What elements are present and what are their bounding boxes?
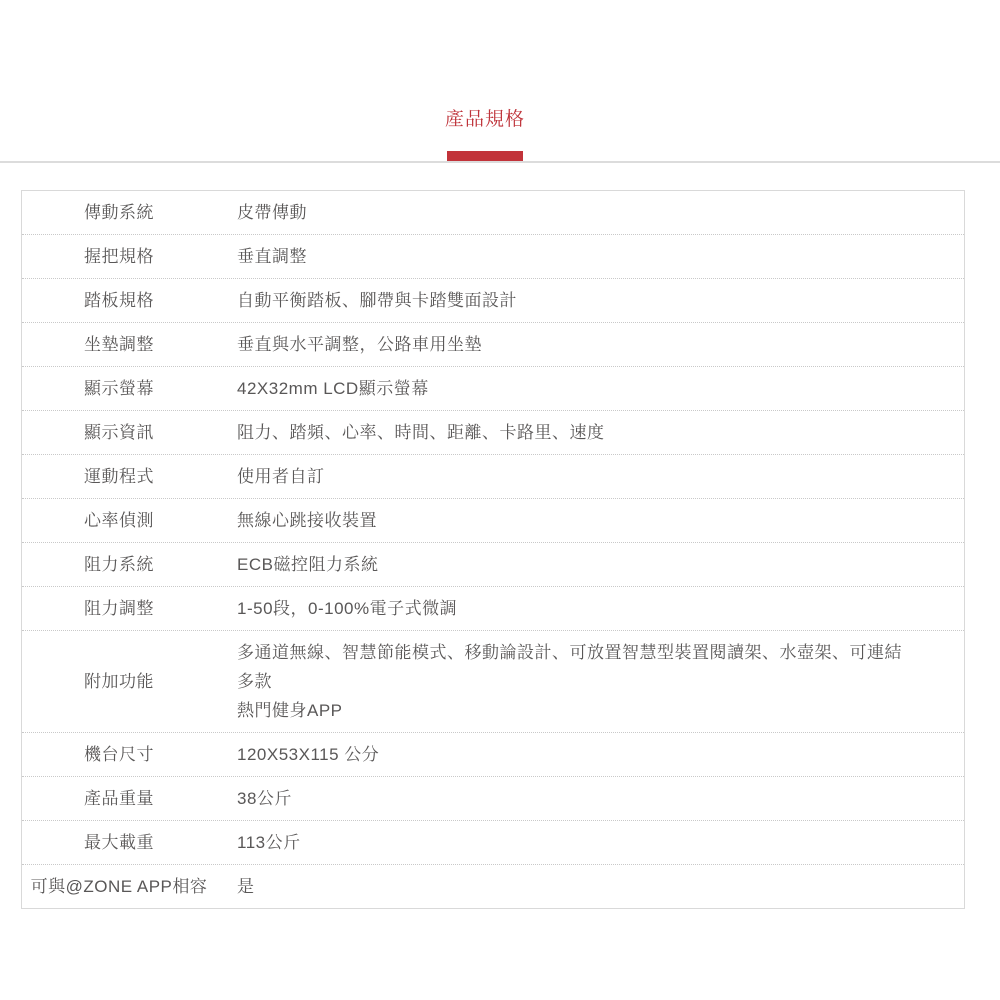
spec-value: 多通道無線、智慧節能模式、移動論設計、可放置智慧型裝置閱讀架、水壺架、可連結多款… — [216, 631, 964, 732]
spec-label: 顯示資訊 — [22, 411, 216, 454]
spec-value: 使用者自訂 — [216, 455, 964, 498]
spec-value: 38公斤 — [216, 777, 964, 820]
spec-row: 阻力調整 1-50段，0-100%電子式微調 — [22, 586, 964, 630]
header-divider — [0, 161, 1000, 163]
spec-row: 傳動系統 皮帶傳動 — [22, 191, 964, 234]
spec-row: 阻力系統 ECB磁控阻力系統 — [22, 542, 964, 586]
spec-row: 踏板規格 自動平衡踏板、腳帶與卡踏雙面設計 — [22, 278, 964, 322]
spec-value: 垂直與水平調整，公路車用坐墊 — [216, 323, 964, 366]
title-accent-bar — [447, 151, 523, 161]
spec-value: 42X32mm LCD顯示螢幕 — [216, 367, 964, 410]
spec-row: 附加功能 多通道無線、智慧節能模式、移動論設計、可放置智慧型裝置閱讀架、水壺架、… — [22, 630, 964, 732]
spec-label: 產品重量 — [22, 777, 216, 820]
spec-value: 120X53X115 公分 — [216, 733, 964, 776]
spec-value: ECB磁控阻力系統 — [216, 543, 964, 586]
spec-value: 垂直調整 — [216, 235, 964, 278]
spec-value: 113公斤 — [216, 821, 964, 864]
spec-row: 可與@ZONE APP相容 是 — [22, 864, 964, 908]
spec-value: 阻力、踏頻、心率、時間、距離、卡路里、速度 — [216, 411, 964, 454]
spec-label: 踏板規格 — [22, 279, 216, 322]
spec-row: 顯示螢幕 42X32mm LCD顯示螢幕 — [22, 366, 964, 410]
spec-value: 1-50段，0-100%電子式微調 — [216, 587, 964, 630]
spec-label: 附加功能 — [22, 631, 216, 732]
spec-label: 心率偵測 — [22, 499, 216, 542]
spec-label: 可與@ZONE APP相容 — [22, 865, 216, 908]
spec-row: 運動程式 使用者自訂 — [22, 454, 964, 498]
spec-label: 握把規格 — [22, 235, 216, 278]
product-spec-page: 產品規格 傳動系統 皮帶傳動 握把規格 垂直調整 踏板規格 自動平衡踏板、腳帶與… — [0, 0, 1000, 909]
spec-value: 皮帶傳動 — [216, 191, 964, 234]
page-title: 產品規格 — [0, 0, 985, 133]
spec-row: 機台尺寸 120X53X115 公分 — [22, 732, 964, 776]
spec-value: 自動平衡踏板、腳帶與卡踏雙面設計 — [216, 279, 964, 322]
spec-label: 阻力系統 — [22, 543, 216, 586]
spec-label: 機台尺寸 — [22, 733, 216, 776]
spec-row: 心率偵測 無線心跳接收裝置 — [22, 498, 964, 542]
spec-label: 阻力調整 — [22, 587, 216, 630]
spec-row: 產品重量 38公斤 — [22, 776, 964, 820]
spec-label: 最大載重 — [22, 821, 216, 864]
spec-label: 坐墊調整 — [22, 323, 216, 366]
spec-row: 坐墊調整 垂直與水平調整，公路車用坐墊 — [22, 322, 964, 366]
spec-value: 是 — [216, 865, 964, 908]
spec-label: 傳動系統 — [22, 191, 216, 234]
spec-table: 傳動系統 皮帶傳動 握把規格 垂直調整 踏板規格 自動平衡踏板、腳帶與卡踏雙面設… — [21, 190, 965, 909]
spec-row: 顯示資訊 阻力、踏頻、心率、時間、距離、卡路里、速度 — [22, 410, 964, 454]
spec-row: 握把規格 垂直調整 — [22, 234, 964, 278]
spec-label: 顯示螢幕 — [22, 367, 216, 410]
spec-row: 最大載重 113公斤 — [22, 820, 964, 864]
spec-value: 無線心跳接收裝置 — [216, 499, 964, 542]
spec-label: 運動程式 — [22, 455, 216, 498]
section-header: 產品規格 — [0, 0, 1000, 163]
